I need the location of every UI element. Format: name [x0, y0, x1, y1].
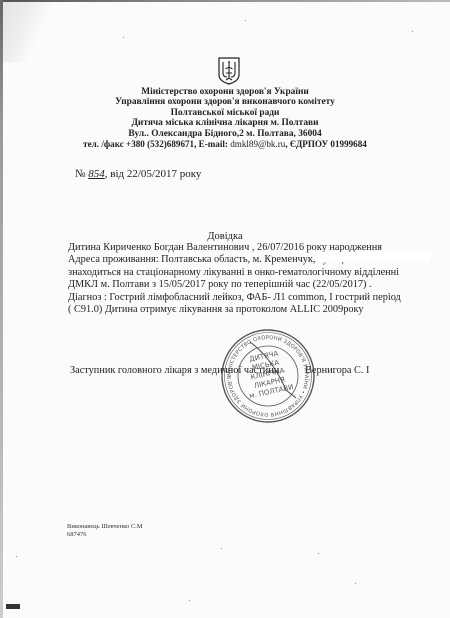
scan-speck	[221, 548, 222, 549]
handwritten-number: 854	[88, 168, 105, 180]
executor-info: Виконавець Шевченко С.М 687476	[67, 523, 143, 539]
scan-speck	[16, 556, 17, 557]
redaction-block	[318, 252, 430, 262]
reference-date: , від 22/05/2017 року	[105, 168, 202, 180]
document-page: Міністерство охорони здоров'я України Уп…	[0, 0, 450, 618]
scan-speck	[245, 20, 246, 21]
executor-phone: 687476	[67, 531, 143, 539]
reference-number: № 854, від 22/05/2017 року	[75, 168, 201, 180]
hospital-address: Вул.. Олександра Бідного,2 м. Полтава, 3…	[0, 129, 450, 139]
scan-speck	[355, 583, 356, 584]
department-name: Управління охорони здоров'я виконавчого …	[0, 97, 450, 107]
document-title: Довідка	[0, 231, 450, 242]
body-line-period: ДМКЛ м. Полтави з 15/05/2017 року по теп…	[68, 279, 438, 291]
scan-speck	[318, 553, 319, 554]
email-link[interactable]: dmkl89@bk.ru	[230, 139, 285, 149]
body-line-treatment: знаходиться на стаціонарному лікуванні в…	[68, 267, 438, 279]
body-line-diagnosis: Діагноз : Гострий лімфобласний лейкоз, Ф…	[68, 292, 438, 304]
contact-suffix: , ЄДРПОУ 01999684	[285, 139, 366, 149]
body-line-protocol: ( C91.0) Дитина отримує лікування за про…	[68, 304, 438, 316]
hospital-name: Дитяча міська клінічна лікарня м. Полтав…	[0, 118, 450, 128]
official-stamp-icon: МІНІСТЕРСТВО ОХОРОНИ ЗДОРОВ'Я УКРАЇНИ • …	[220, 328, 316, 424]
letterhead: Міністерство охорони здоров'я України Уп…	[0, 87, 450, 149]
scan-speck	[189, 600, 190, 601]
number-sign: №	[75, 168, 86, 180]
scan-speck	[412, 31, 413, 32]
council-name: Полтавської міської ради	[0, 108, 450, 118]
executor-name: Виконавець Шевченко С.М	[67, 523, 143, 531]
scan-speck	[123, 37, 124, 38]
scan-corner-mark	[6, 604, 20, 609]
scan-shadow	[3, 2, 63, 62]
contact-prefix: тел. /факс +380 (532)689671, E-mail:	[83, 139, 230, 149]
scan-edge-top	[0, 0, 450, 2]
hospital-contact: тел. /факс +380 (532)689671, E-mail: dmk…	[0, 139, 450, 149]
ministry-name: Міністерство охорони здоров'я України	[0, 87, 450, 97]
coat-of-arms-icon	[218, 57, 240, 85]
